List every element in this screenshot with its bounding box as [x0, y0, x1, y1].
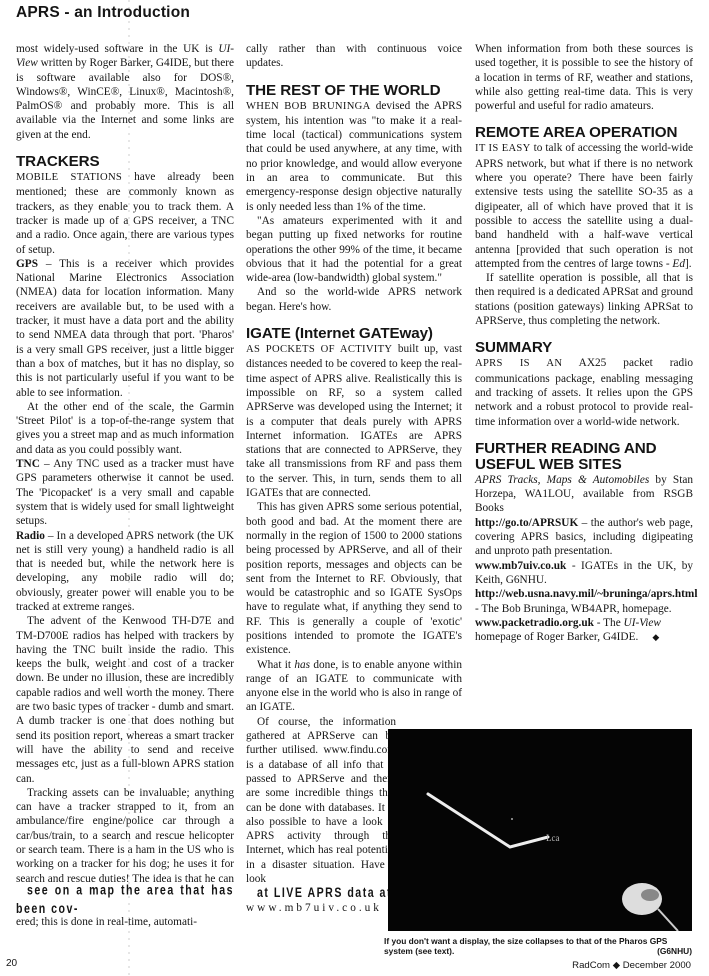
reference-item: http://go.to/APRSUK – the author's web p…: [475, 516, 693, 559]
reference-item: APRS Tracks, Maps & Automobiles by Stan …: [475, 473, 693, 516]
reference-item: http://web.usna.navy.mil/~bruninga/aprs.…: [475, 587, 693, 616]
section-heading-rest-of-world: THE REST OF THE WORLD: [246, 83, 462, 99]
link-packetradio[interactable]: www.packetradio.org.uk: [475, 617, 594, 629]
world-paragraph-2: "As amateurs experimented with it and be…: [246, 214, 462, 285]
summary-paragraph: APRS is an AX25 packet radio communicati…: [475, 356, 693, 428]
section-heading-trackers: TRACKERS: [16, 154, 234, 170]
tracking-paragraph: Tracking assets can be invaluable; anyth…: [16, 786, 234, 929]
pharos-gps-photo: Lca: [388, 729, 692, 931]
world-paragraph-1: When Bob Bruninga devised the APRS syste…: [246, 99, 462, 214]
section-heading-igate: IGATE (Internet GATEway): [246, 326, 462, 342]
reference-item: www.mb7uiv.co.uk - IGATEs in the UK, by …: [475, 559, 693, 588]
antenna-illustration-icon: Lca: [388, 729, 692, 931]
continuation-paragraph: cally rather than with continuous voice …: [246, 42, 462, 71]
section-heading-summary: SUMMARY: [475, 340, 693, 356]
radio-paragraph: Radio – In a developed APRS network (the…: [16, 529, 234, 615]
remote-paragraph-1: It is easy to talk of accessing the worl…: [475, 141, 693, 271]
page-title: APRS - an Introduction: [16, 4, 190, 22]
column-3: When information from both these sources…: [475, 42, 693, 644]
igate-paragraph-3: What it has done, is to enable anyone wi…: [246, 658, 462, 715]
garmin-paragraph: At the other end of the scale, the Garmi…: [16, 400, 234, 457]
tnc-paragraph: TNC – Any TNC used as a tracker must hav…: [16, 457, 234, 528]
link-bruninga[interactable]: http://web.usna.navy.mil/~bruninga/aprs.…: [475, 588, 697, 600]
reference-item: www.packetradio.org.uk - The UI-View hom…: [475, 616, 693, 645]
kenwood-paragraph: The advent of the Kenwood TH-D7E and TM-…: [16, 614, 234, 786]
igate-paragraph-1: As pockets of activity built up, vast di…: [246, 342, 462, 500]
link-aprsuk[interactable]: http://go.to/APRSUK: [475, 517, 578, 529]
link-mb7uiv-ref[interactable]: www.mb7uiv.co.uk: [475, 560, 566, 572]
world-paragraph-3: And so the world-wide APRS network began…: [246, 285, 462, 314]
column-1: most widely-used software in the UK is U…: [16, 42, 234, 929]
svg-text:Lca: Lca: [546, 833, 560, 843]
publication-footer: RadCom ◆ December 2000: [572, 960, 691, 971]
intro-paragraph: most widely-used software in the UK is U…: [16, 42, 234, 142]
figure-caption: If you don't want a display, the size co…: [384, 936, 692, 956]
sources-paragraph: When information from both these sources…: [475, 42, 693, 113]
section-heading-remote-area: REMOTE AREA OPERATION: [475, 125, 693, 141]
findu-paragraph: Of course, the information gathered at A…: [246, 715, 396, 915]
remote-paragraph-2: If satellite operation is possible, all …: [475, 271, 693, 328]
igate-paragraph-2: This has given APRS some serious potenti…: [246, 500, 462, 657]
end-mark-icon: ◆: [652, 632, 659, 642]
section-heading-further-reading: FURTHER READING ANDUSEFUL WEB SITES: [475, 441, 693, 473]
link-mb7uiv[interactable]: www.mb7uiv.co.uk: [246, 902, 382, 914]
trackers-paragraph: Mobile stations have already been mentio…: [16, 170, 234, 257]
gps-paragraph: GPS – This is a receiver which provides …: [16, 257, 234, 400]
page-number: 20: [6, 958, 17, 969]
